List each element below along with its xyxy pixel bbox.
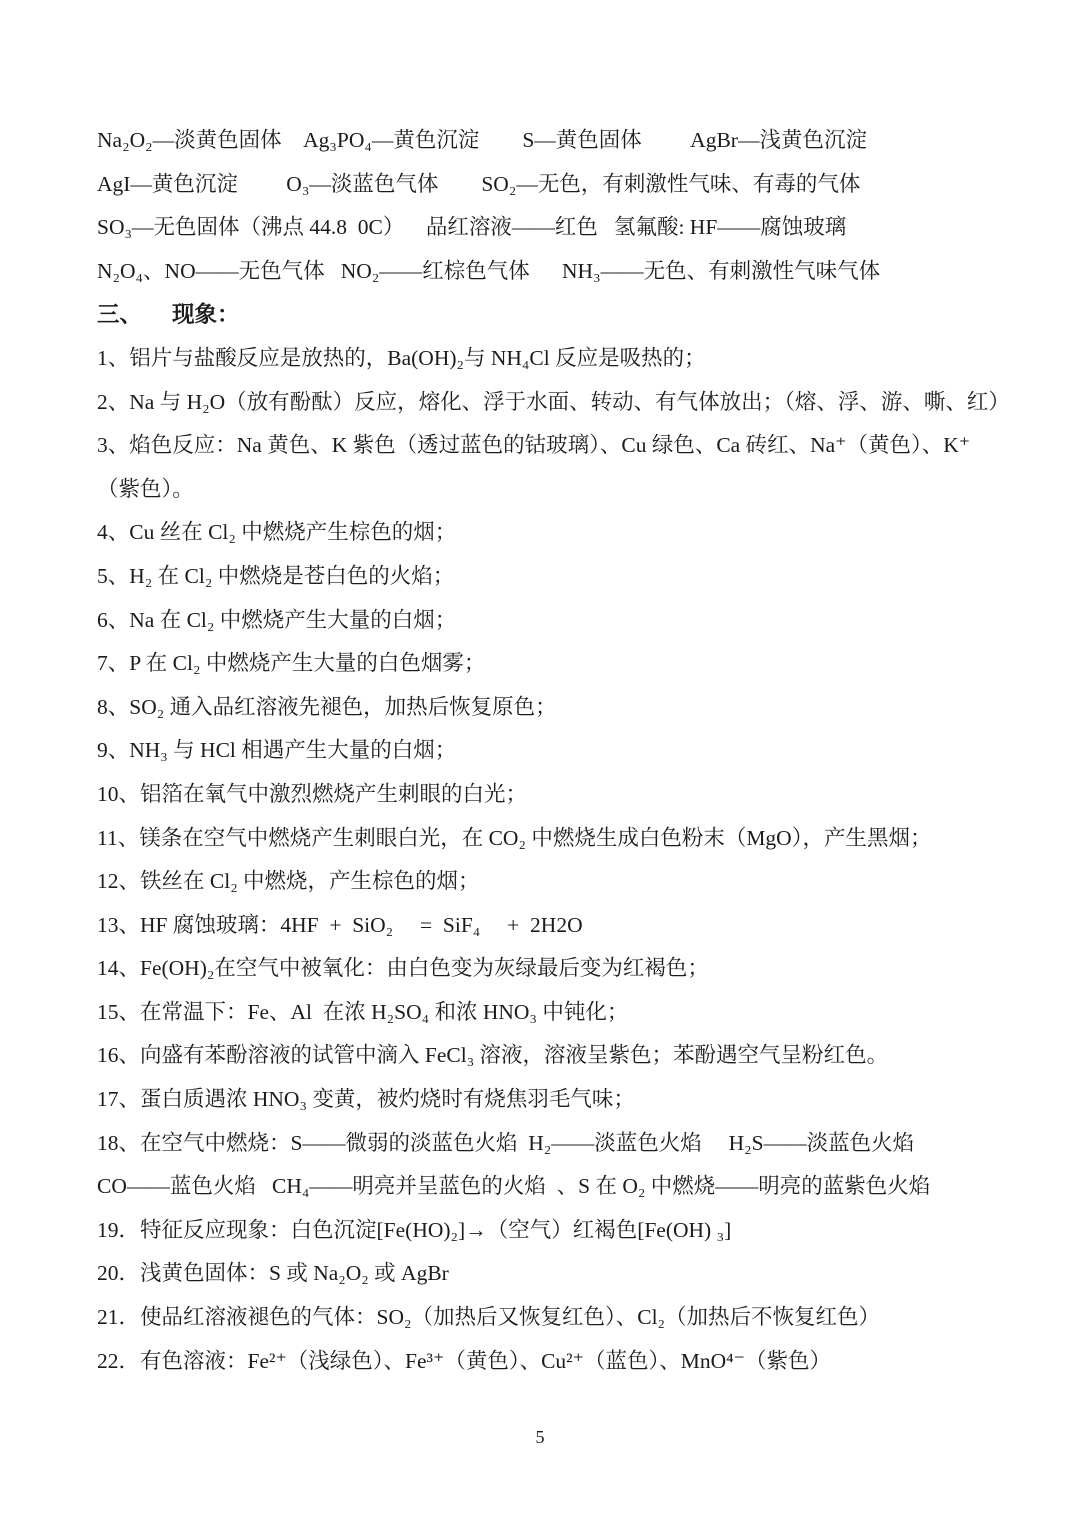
text-line: CO——蓝色火焰 CH₄——明亮并呈蓝色的火焰 、S 在 O₂ 中燃烧——明亮的… (97, 1165, 1007, 1209)
text-line: N₂O₄、NO——无色气体 NO₂——红棕色气体 NH₃——无色、有刺激性气味气… (97, 250, 1007, 294)
text-line: 14、Fe(OH)₂在空气中被氧化：由白色变为灰绿最后变为红褐色； (97, 947, 1007, 991)
text-line: 13、HF 腐蚀玻璃：4HF + SiO₂ = SiF₄ + 2H2O (97, 904, 1007, 948)
text-line: 8、SO₂ 通入品红溶液先褪色，加热后恢复原色； (97, 686, 1007, 730)
text-line: 10、铝箔在氧气中激烈燃烧产生刺眼的白光； (97, 773, 1007, 817)
text-line: 18、在空气中燃烧：S——微弱的淡蓝色火焰 H₂——淡蓝色火焰 H₂S——淡蓝色… (97, 1122, 1007, 1166)
document-content: Na₂O₂—淡黄色固体 Ag₃PO₄—黄色沉淀 S—黄色固体 AgBr—浅黄色沉… (97, 119, 1007, 1383)
text-line: 4、Cu 丝在 Cl₂ 中燃烧产生棕色的烟； (97, 511, 1007, 555)
text-line: 3、焰色反应：Na 黄色、K 紫色（透过蓝色的钴玻璃）、Cu 绿色、Ca 砖红、… (97, 424, 1007, 468)
text-line: 2、Na 与 H₂O（放有酚酞）反应，熔化、浮于水面、转动、有气体放出；（熔、浮… (97, 381, 1007, 425)
page-number: 5 (0, 1425, 1080, 1449)
text-line: 22．有色溶液：Fe²⁺（浅绿色）、Fe³⁺（黄色）、Cu²⁺（蓝色）、MnO⁴… (97, 1340, 1007, 1384)
text-line: 11、镁条在空气中燃烧产生刺眼白光，在 CO₂ 中燃烧生成白色粉末（MgO），产… (97, 817, 1007, 861)
text-line: （紫色）。 (97, 468, 1007, 512)
phenomena-list: 1、铝片与盐酸反应是放热的，Ba(OH)₂与 NH₄Cl 反应是吸热的；2、Na… (97, 337, 1007, 1383)
text-line: SO₃—无色固体（沸点 44.8 0C） 品红溶液——红色 氢氟酸: HF——腐… (97, 206, 1007, 250)
document-page: Na₂O₂—淡黄色固体 Ag₃PO₄—黄色沉淀 S—黄色固体 AgBr—浅黄色沉… (0, 0, 1080, 1527)
text-line: 20．浅黄色固体：S 或 Na₂O₂ 或 AgBr (97, 1252, 1007, 1296)
text-line: 21．使品红溶液褪色的气体：SO₂（加热后又恢复红色）、Cl₂（加热后不恢复红色… (97, 1296, 1007, 1340)
section-title: 现象： (172, 302, 240, 327)
section-heading: 三、现象： (97, 293, 1007, 337)
text-line: AgI—黄色沉淀 O₃—淡蓝色气体 SO₂—无色，有刺激性气味、有毒的气体 (97, 163, 1007, 207)
text-line: 17、蛋白质遇浓 HNO₃ 变黄，被灼烧时有烧焦羽毛气味； (97, 1078, 1007, 1122)
text-line: 15、在常温下：Fe、Al 在浓 H₂SO₄ 和浓 HNO₃ 中钝化； (97, 991, 1007, 1035)
text-line: 6、Na 在 Cl₂ 中燃烧产生大量的白烟； (97, 599, 1007, 643)
text-line: 5、H₂ 在 Cl₂ 中燃烧是苍白色的火焰； (97, 555, 1007, 599)
text-line: 19．特征反应现象：白色沉淀[Fe(HO)₂]→（空气）红褐色[Fe(OH) ₃… (97, 1209, 1007, 1253)
text-line: 12、铁丝在 Cl₂ 中燃烧，产生棕色的烟； (97, 860, 1007, 904)
text-line: 7、P 在 Cl₂ 中燃烧产生大量的白色烟雾； (97, 642, 1007, 686)
text-line: 16、向盛有苯酚溶液的试管中滴入 FeCl₃ 溶液，溶液呈紫色；苯酚遇空气呈粉红… (97, 1034, 1007, 1078)
text-line: Na₂O₂—淡黄色固体 Ag₃PO₄—黄色沉淀 S—黄色固体 AgBr—浅黄色沉… (97, 119, 1007, 163)
text-line: 1、铝片与盐酸反应是放热的，Ba(OH)₂与 NH₄Cl 反应是吸热的； (97, 337, 1007, 381)
section-number: 三、 (97, 293, 172, 337)
text-line: 9、NH₃ 与 HCl 相遇产生大量的白烟； (97, 729, 1007, 773)
substance-color-list: Na₂O₂—淡黄色固体 Ag₃PO₄—黄色沉淀 S—黄色固体 AgBr—浅黄色沉… (97, 119, 1007, 293)
